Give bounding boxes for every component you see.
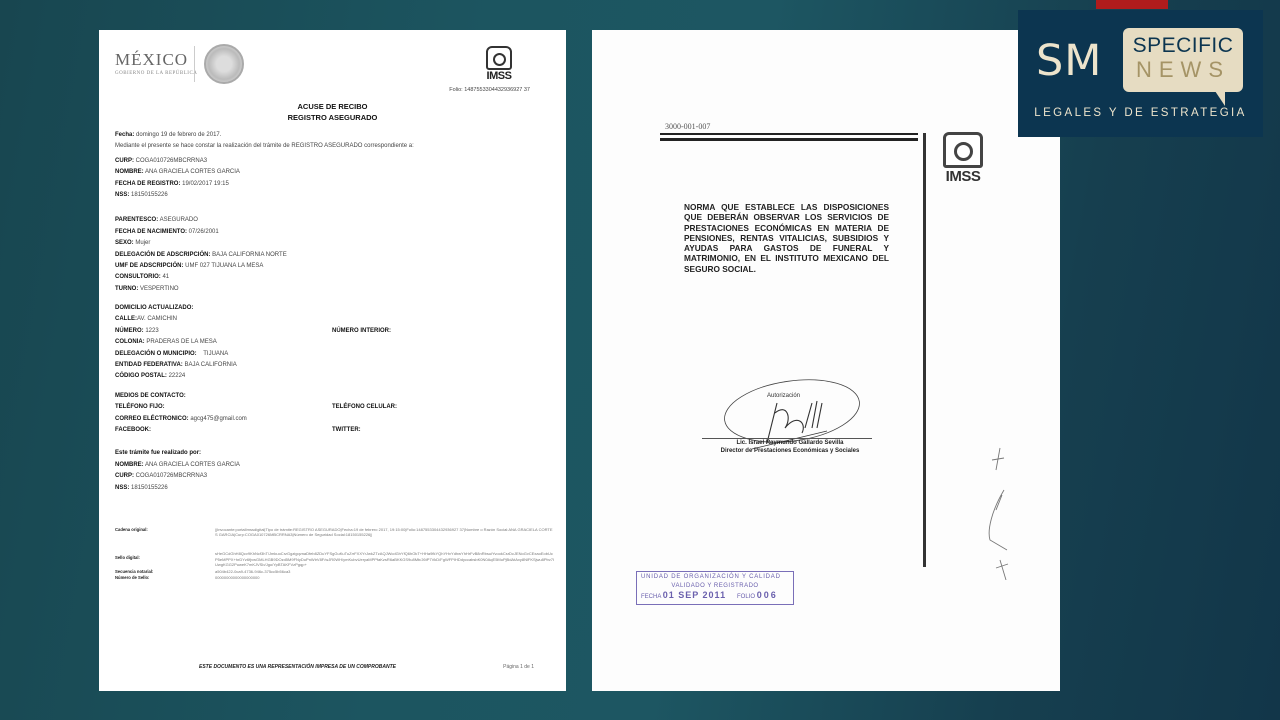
identity-section: CURP: COGA010726MBCRRNA3NOMBRE: ANA GRAC… <box>115 156 550 202</box>
specific-news-logo: SM SPECIFIC NEWS LEGALES Y DE ESTRATEGIA <box>1018 10 1263 137</box>
validation-stamp: UNIDAD DE ORGANIZACIÓN Y CALIDAD VALIDAD… <box>636 571 794 605</box>
fecha-row: Fecha: domingo 19 de febrero de 2017. <box>115 130 550 141</box>
page-number: Página 1 de 1 <box>503 664 534 670</box>
header-rule <box>660 133 918 135</box>
national-seal-icon <box>204 44 244 84</box>
mexico-government-logo: MÉXICO GOBIERNO DE LA REPÚBLICA <box>115 50 197 76</box>
field-row: FECHA DE NACIMIENTO: 07/26/2001 <box>115 227 550 238</box>
intro-text: Mediante el presente se hace constar la … <box>115 141 550 152</box>
acuse-de-recibo-document: MÉXICO GOBIERNO DE LA REPÚBLICA IMSS Fol… <box>99 30 566 691</box>
secuencia-notarial: a504b422-0ca9-4736-946c-375cc5b56ca3 <box>215 569 555 574</box>
field-row: SEXO: Mujer <box>115 238 550 249</box>
cadena-original: ||Invocante:portalImssdigital|Tipo de tr… <box>215 527 555 537</box>
imss-wordmark: IMSS <box>484 70 514 82</box>
government-subtitle: GOBIERNO DE LA REPÚBLICA <box>115 71 197 76</box>
imss-wordmark: IMSS <box>939 168 987 185</box>
logo-divider <box>194 46 195 82</box>
numero-de-sello: 00000000000000000000 <box>215 575 555 580</box>
brand-tagline: LEGALES Y DE ESTRATEGIA <box>1018 107 1263 119</box>
imss-eagle-icon <box>486 46 512 70</box>
imss-logo: IMSS <box>939 132 987 185</box>
country-wordmark: MÉXICO <box>115 50 197 70</box>
brand-initials: SM <box>1036 36 1102 86</box>
norma-imss-document: 3000-001-007 IMSS NORMA QUE ESTABLECE LA… <box>592 30 1060 691</box>
stamp-folio: 006 <box>757 590 778 600</box>
digital-seal-section: Cadena original: ||Invocante:portalImssd… <box>115 527 555 580</box>
document-code: 3000-001-007 <box>665 122 710 131</box>
norma-title: NORMA QUE ESTABLECE LAS DISPOSICIONES QU… <box>684 202 889 274</box>
brand-accent-bar <box>1096 0 1168 9</box>
sello-digital: sHeGCdGhH8Qcv9KhNcf3hT/JmkuoCrzGgzigqvna… <box>215 551 555 567</box>
document-body: Fecha: domingo 19 de febrero de 2017. Me… <box>115 130 550 494</box>
field-row: CURP: COGA010726MBCRRNA3 <box>115 156 550 167</box>
folio-number: Folio: 1487553304432936927 37 <box>449 87 530 93</box>
signer-block: Lic. Israel Raymundo Gallardo Sevilla Di… <box>700 440 880 455</box>
title-line-2: REGISTRO ASEGURADO <box>99 112 566 123</box>
brand-name-line-2: NEWS <box>1123 57 1243 83</box>
speech-bubble-icon: SPECIFIC NEWS <box>1123 28 1243 92</box>
field-row: DELEGACIÓN DE ADSCRIPCIÓN: BAJA CALIFORN… <box>115 250 550 261</box>
address-section: DOMICILIO ACTUALIZADO: CALLE:AV. CAMICHI… <box>115 303 550 383</box>
signer-name: Lic. Israel Raymundo Gallardo Sevilla <box>700 440 880 448</box>
field-row: CONSULTORIO: 41 <box>115 272 550 283</box>
field-row: TURNO: VESPERTINO <box>115 284 550 295</box>
performed-by-section: Este trámite fue realizado por: NOMBRE: … <box>115 448 550 494</box>
field-row: UMF DE ADSCRIPCIÓN: UMF 027 TIJUANA LA M… <box>115 261 550 272</box>
email-value: agcg475@gmail.com <box>190 416 246 422</box>
signature-line <box>702 438 872 439</box>
signer-title: Director de Prestaciones Económicas y So… <box>700 448 880 456</box>
imss-logo: IMSS <box>484 46 514 82</box>
field-row: NOMBRE: ANA GRACIELA CORTES GARCIA <box>115 167 550 178</box>
stamp-date: 01 SEP 2011 <box>663 590 726 600</box>
document-title: ACUSE DE RECIBO REGISTRO ASEGURADO <box>99 101 566 123</box>
title-line-1: ACUSE DE RECIBO <box>99 101 566 112</box>
authorization-label: Autorización <box>767 393 800 399</box>
field-row: NSS: 18150155226 <box>115 190 550 201</box>
field-row: PARENTESCO: ASEGURADO <box>115 215 550 226</box>
details-section: PARENTESCO: ASEGURADOFECHA DE NACIMIENTO… <box>115 215 550 295</box>
brand-name-line-1: SPECIFIC <box>1123 34 1243 58</box>
vertical-rule <box>923 133 926 567</box>
footer-disclaimer: ESTE DOCUMENTO ES UNA REPRESENTACIÓN IMP… <box>199 664 396 670</box>
field-row: FECHA DE REGISTRO: 19/02/2017 19:15 <box>115 179 550 190</box>
contact-section: MEDIOS DE CONTACTO: TELÉFONO FIJO: TELÉF… <box>115 391 550 437</box>
handwritten-initials-icon <box>982 440 1022 580</box>
imss-eagle-icon <box>943 132 983 168</box>
header-rule-thick <box>660 138 918 141</box>
